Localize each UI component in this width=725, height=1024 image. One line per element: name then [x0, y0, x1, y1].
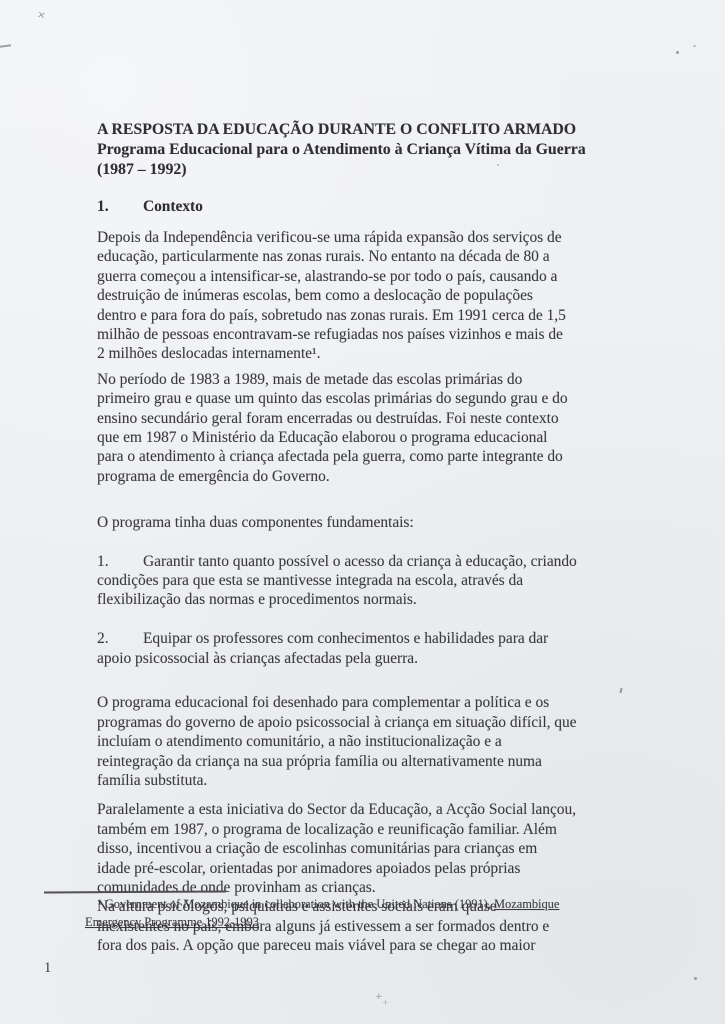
component-item-2: 2.Equipar os professores com conheciment…: [97, 629, 662, 668]
scan-artifact-pencil-mark: ×: [36, 9, 46, 22]
paragraph-program-design: O programa educacional foi desenhado par…: [97, 693, 662, 790]
section-number: 1.: [97, 197, 143, 217]
scan-artifact-edge-dash: [0, 44, 11, 48]
component-1-number: 1.: [97, 552, 143, 571]
scan-artifact-speck: [693, 45, 696, 47]
paragraph-social-action: Paralelamente a esta iniciativa do Secto…: [97, 800, 662, 955]
footnote-citation-text: ¹ Government of Mozambique in collaborat…: [98, 897, 494, 911]
components-intro: O programa tinha duas componentes fundam…: [97, 513, 662, 532]
document-body: A RESPOSTA DA EDUCAÇÃO DURANTE O CONFLIT…: [97, 120, 662, 956]
footnote-citation-title-part2: Emergency Programme 1992-1993: [85, 915, 259, 929]
scan-artifact-speck: [694, 977, 697, 980]
page-number: 1: [44, 960, 51, 977]
paragraph-schools-closed: No período de 1983 a 1989, mais de metad…: [97, 370, 662, 486]
component-2-number: 2.: [97, 629, 143, 648]
component-1-text: Garantir tanto quanto possível o acesso …: [97, 553, 577, 609]
components-block: O programa tinha duas componentes fundam…: [97, 493, 662, 687]
component-2-text: Equipar os professores com conhecimentos…: [97, 630, 548, 666]
document-title: A RESPOSTA DA EDUCAÇÃO DURANTE O CONFLIT…: [97, 120, 662, 180]
scan-artifact-speck: +: [375, 992, 383, 1002]
component-item-1: 1.Garantir tanto quanto possível o acess…: [97, 552, 662, 610]
footnote-citation-title-part1: Mozambique: [494, 897, 559, 911]
title-date-range: (1987 – 1992): [97, 160, 662, 180]
section-heading: 1.Contexto: [97, 197, 662, 217]
title-line-1: A RESPOSTA DA EDUCAÇÃO DURANTE O CONFLIT…: [97, 120, 662, 140]
scan-artifact-speck: +: [382, 998, 389, 1007]
scanned-document-page: A RESPOSTA DA EDUCAÇÃO DURANTE O CONFLIT…: [0, 0, 725, 1024]
footnote: ¹ Government of Mozambique in collaborat…: [85, 896, 650, 931]
paragraph-expansion-and-war: Depois da Independência verificou-se uma…: [97, 228, 662, 364]
section-title: Contexto: [143, 198, 203, 215]
scan-artifact-speck: [676, 51, 679, 54]
title-line-2: Programa Educacional para o Atendimento …: [97, 140, 662, 160]
